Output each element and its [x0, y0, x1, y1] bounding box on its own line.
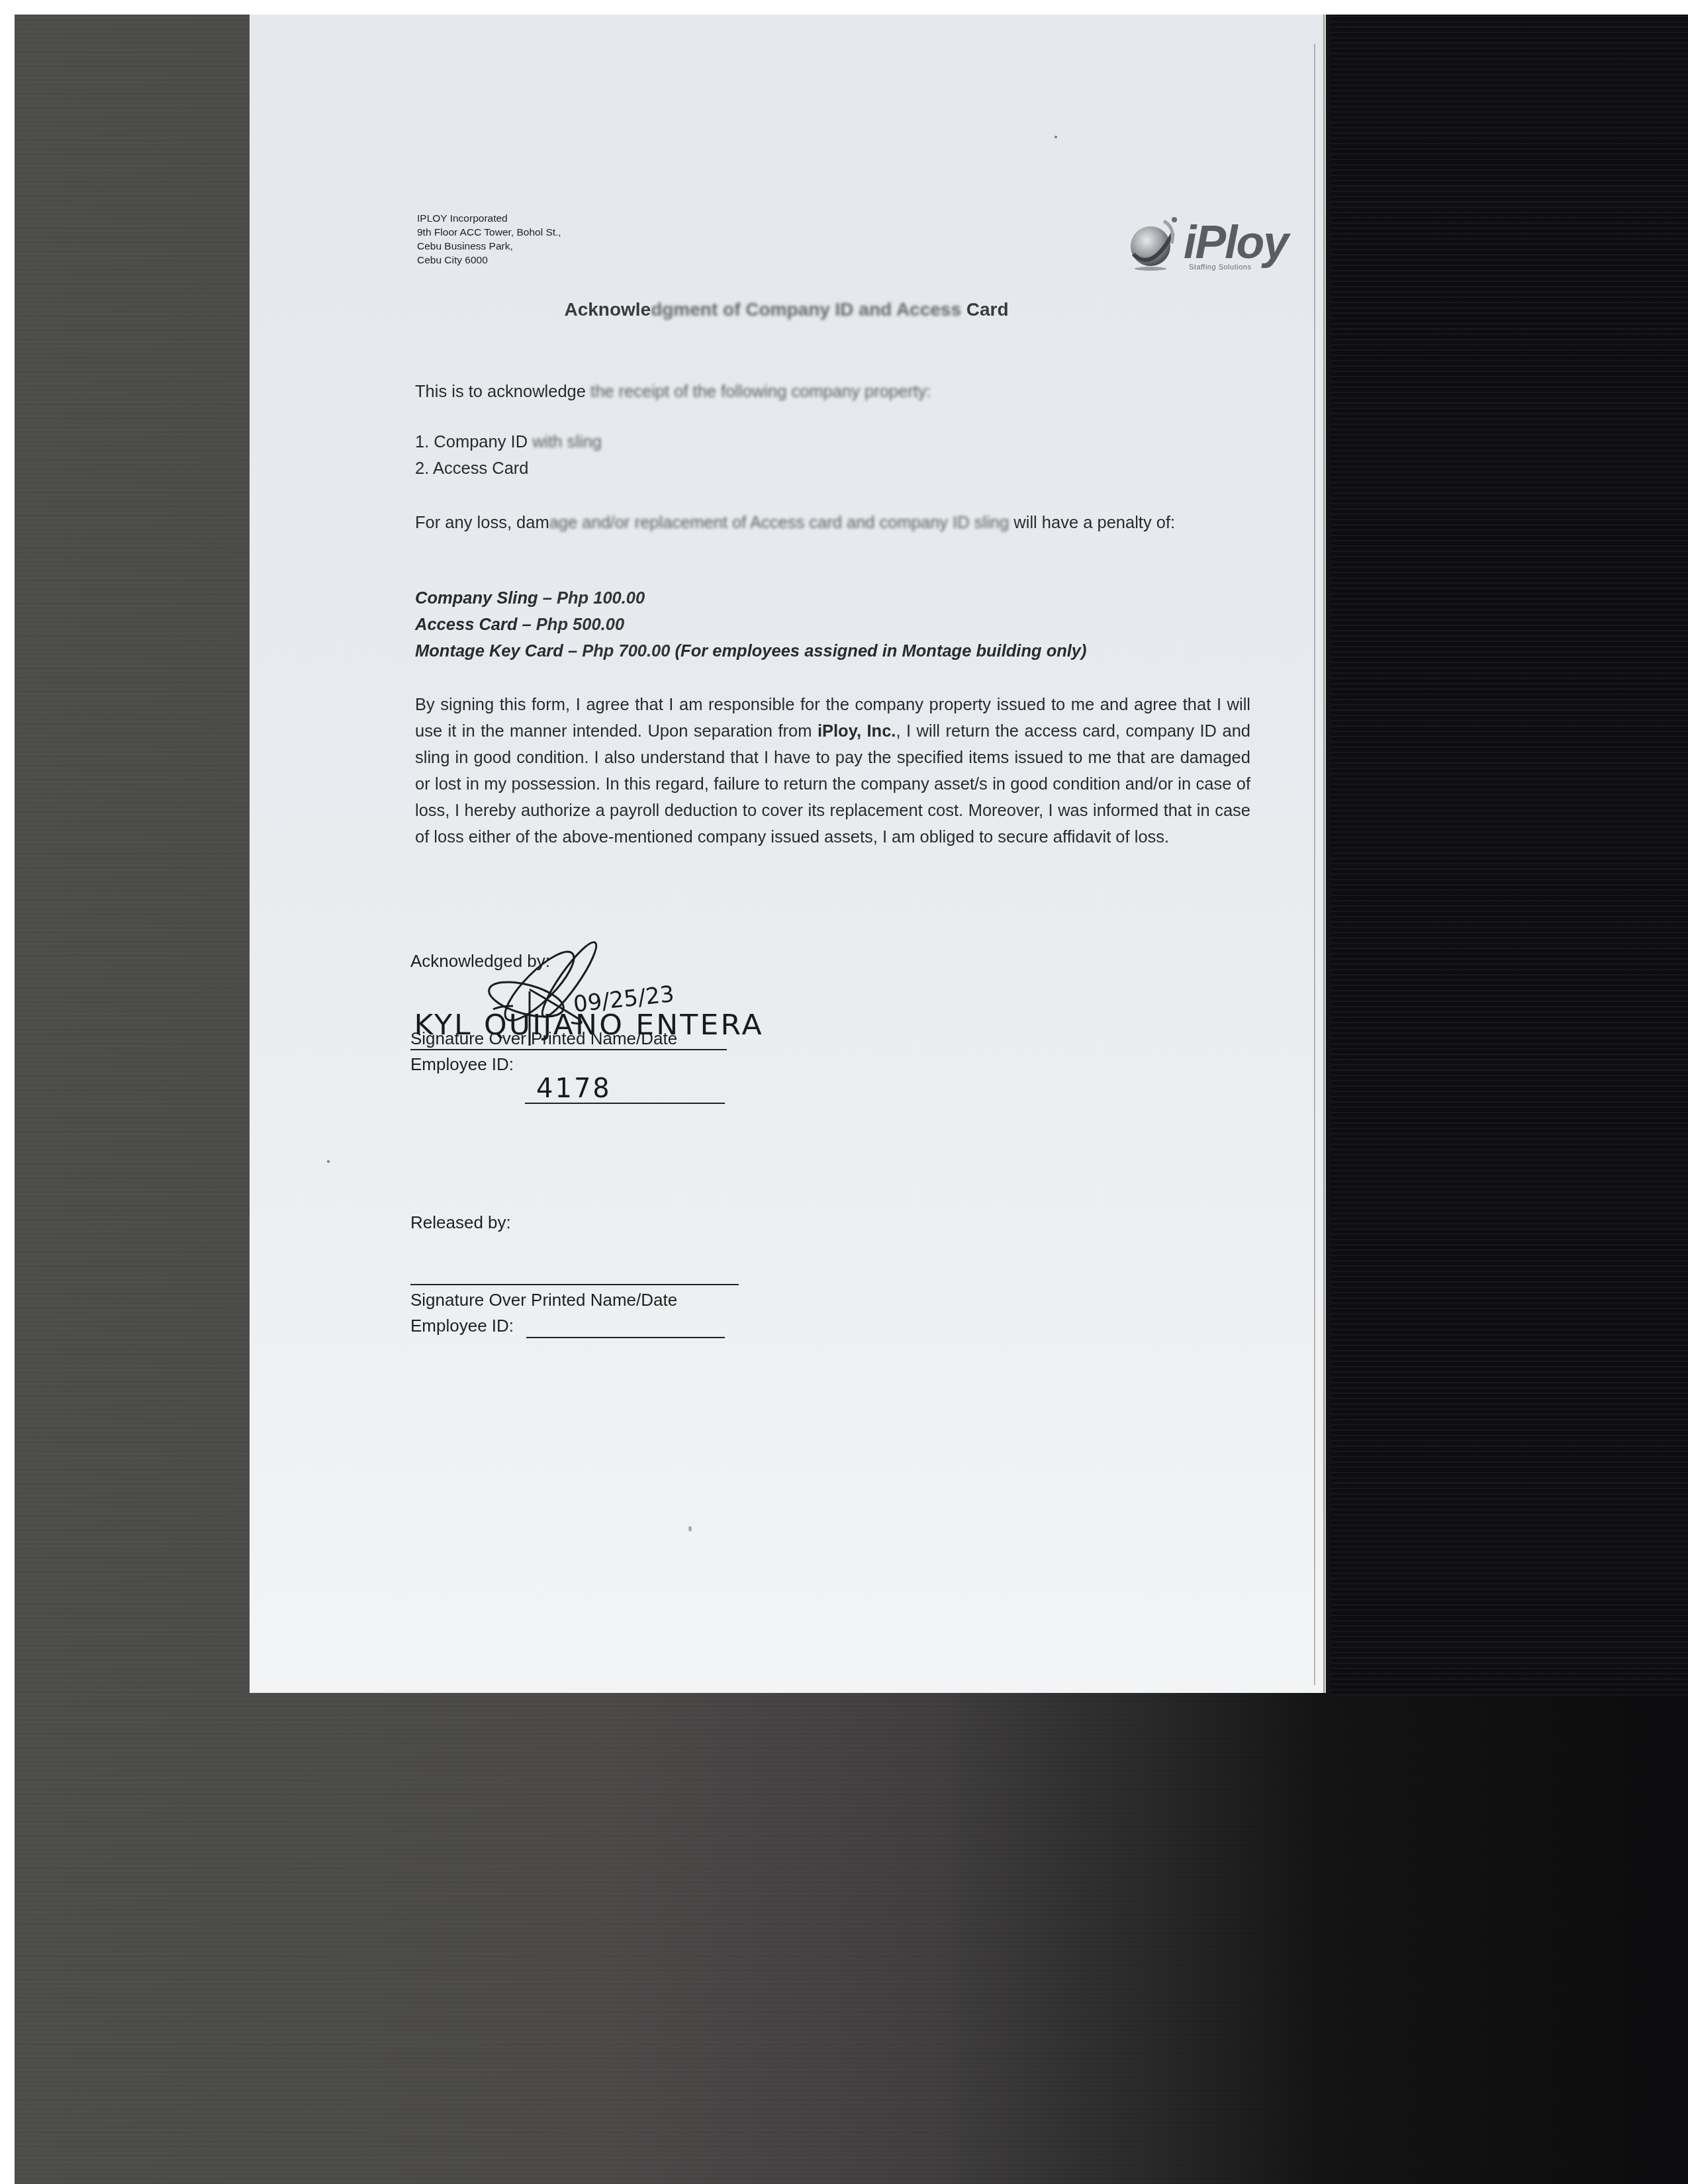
- agreement-paragraph: By signing this form, I agree that I am …: [415, 692, 1250, 850]
- penalty-text-blurred: age and/or replacement of Access card an…: [549, 514, 1009, 532]
- list-item-text: 2. Access Card: [415, 459, 529, 478]
- address-line: Cebu Business Park,: [417, 240, 561, 253]
- list-item-text-blurred: with sling: [532, 433, 602, 451]
- globe-icon: [1125, 213, 1188, 276]
- penalty-text: For any loss, dam: [415, 514, 549, 532]
- iploy-logo: iPloy Staffing Solutions: [1125, 213, 1294, 276]
- document-title: Acknowledgment of Company ID and Access …: [250, 299, 1323, 320]
- list-item: 1. Company ID with sling: [415, 429, 602, 455]
- company-name: iPloy, Inc.: [818, 722, 896, 741]
- company-address: IPLOY Incorporated 9th Floor ACC Tower, …: [417, 212, 561, 267]
- address-line: IPLOY Incorporated: [417, 212, 561, 226]
- employee-id-line: [526, 1337, 725, 1338]
- list-item-text: 1. Company ID: [415, 433, 532, 451]
- fee-row: Montage Key Card – Php 700.00 (For emplo…: [415, 638, 1087, 664]
- property-list: 1. Company ID with sling 2. Access Card: [415, 429, 602, 482]
- logo-tagline: Staffing Solutions: [1189, 263, 1251, 271]
- released-section: Released by: Signature Over Printed Name…: [410, 1210, 677, 1339]
- agreement-text-cont: , I will return the access card, company…: [415, 722, 1250, 846]
- fee-amount: Php 100.00: [557, 589, 645, 608]
- scan-speck: [688, 1526, 692, 1531]
- fee-row: Company Sling – Php 100.00: [415, 585, 1087, 612]
- intro-text-blurred: the receipt of the following company pro…: [590, 383, 931, 401]
- title-text-end: Card: [961, 299, 1009, 320]
- fee-row: Access Card – Php 500.00: [415, 612, 1087, 638]
- fee-amount: Php 500.00: [536, 615, 624, 634]
- scan-speck: [1055, 136, 1057, 138]
- intro-paragraph: This is to acknowledge the receipt of th…: [415, 379, 931, 405]
- signature-caption: Signature Over Printed Name/Date: [410, 1287, 677, 1313]
- address-line: Cebu City 6000: [417, 253, 561, 267]
- penalty-statement: For any loss, damage and/or replacement …: [415, 510, 1250, 536]
- penalty-fees: Company Sling – Php 100.00 Access Card –…: [415, 585, 1087, 664]
- released-label: Released by:: [410, 1210, 677, 1236]
- intro-text: This is to acknowledge: [415, 383, 590, 401]
- address-line: 9th Floor ACC Tower, Bohol St.,: [417, 226, 561, 240]
- fee-amount: Php 700.00: [582, 642, 670, 660]
- handwritten-employee-id: 4178: [536, 1073, 612, 1104]
- title-text: Acknowle: [564, 299, 651, 320]
- fee-item: Company Sling –: [415, 589, 557, 608]
- handwritten-name: KYL QUIJANO ENTERA: [414, 1009, 763, 1041]
- scanner-background-dark: [1331, 15, 1688, 1696]
- scan-speck: [327, 1160, 330, 1163]
- employee-id-label: Employee ID:: [410, 1313, 677, 1339]
- list-item: 2. Access Card: [415, 455, 602, 482]
- logo-wordmark: iPloy: [1184, 216, 1288, 269]
- employee-id-line: [525, 1103, 725, 1104]
- penalty-text-end: will have a penalty of:: [1009, 514, 1175, 532]
- fee-item: Montage Key Card –: [415, 642, 582, 660]
- signature-line: [410, 1284, 739, 1285]
- fee-note: (For employees assigned in Montage build…: [670, 642, 1086, 660]
- signature-line: [410, 1049, 727, 1050]
- fee-item: Access Card –: [415, 615, 536, 634]
- paper-edge: [1314, 44, 1315, 1685]
- title-text-blurred: dgment of Company ID and Access: [651, 299, 961, 320]
